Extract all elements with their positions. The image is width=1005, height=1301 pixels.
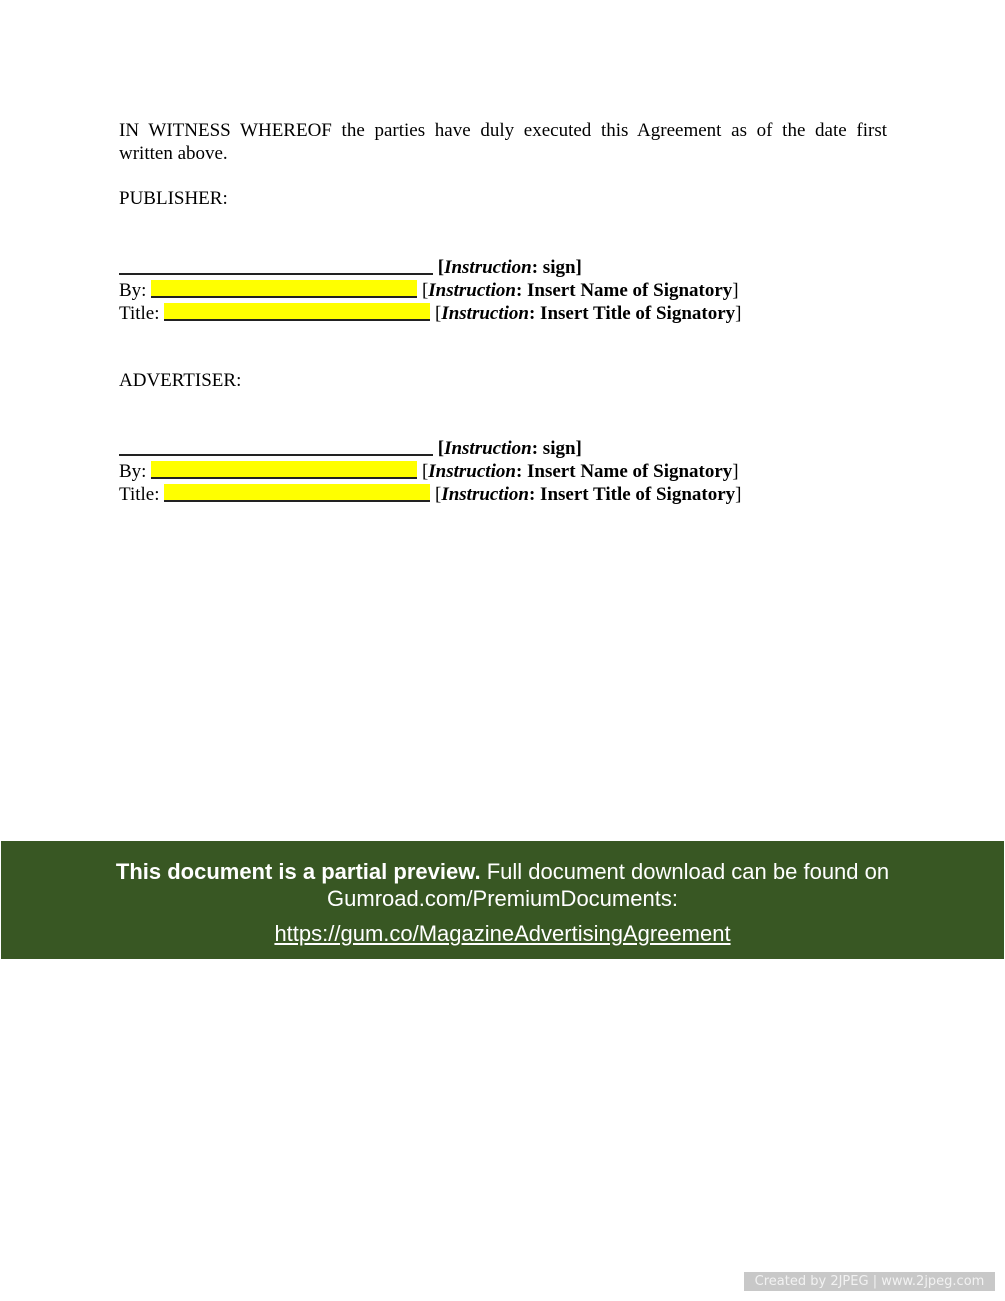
preview-banner-text-line2: Gumroad.com/PremiumDocuments: <box>327 886 678 911</box>
preview-banner-message: This document is a partial preview. Full… <box>1 858 1004 912</box>
publisher-signature-block: [Instruction: sign] By: [Instruction: In… <box>119 255 742 324</box>
publisher-by-row: By: [Instruction: Insert Name of Signato… <box>119 278 742 301</box>
publisher-by-label: By: <box>119 279 146 302</box>
publisher-title-label: Title: <box>119 302 160 325</box>
preview-banner: This document is a partial preview. Full… <box>1 841 1004 959</box>
advertiser-title-instruction: [Instruction: Insert Title of Signatory] <box>435 484 742 505</box>
download-link[interactable]: https://gum.co/MagazineAdvertisingAgreem… <box>274 921 730 946</box>
advertiser-title-label: Title: <box>119 483 160 506</box>
publisher-title-instruction: [Instruction: Insert Title of Signatory] <box>435 303 742 324</box>
advertiser-title-field[interactable] <box>164 484 430 502</box>
preview-banner-text: Full document download can be found on <box>481 859 890 884</box>
publisher-sign-row: [Instruction: sign] <box>119 255 742 278</box>
advertiser-sign-row: [Instruction: sign] <box>119 436 742 459</box>
watermark: Created by 2JPEG | www.2jpeg.com <box>744 1272 995 1291</box>
advertiser-signature-block: [Instruction: sign] By: [Instruction: In… <box>119 436 742 505</box>
preview-banner-bold: This document is a partial preview. <box>116 859 481 884</box>
document-page: IN WITNESS WHEREOF the parties have duly… <box>0 0 1005 1301</box>
advertiser-label: ADVERTISER: <box>119 369 241 392</box>
advertiser-name-field[interactable] <box>151 461 417 479</box>
preview-banner-link-row: https://gum.co/MagazineAdvertisingAgreem… <box>1 920 1004 947</box>
advertiser-by-instruction: [Instruction: Insert Name of Signatory] <box>422 461 739 482</box>
advertiser-by-row: By: [Instruction: Insert Name of Signato… <box>119 459 742 482</box>
publisher-title-field[interactable] <box>164 303 430 321</box>
witness-line-1: IN WITNESS WHEREOF the parties have duly… <box>119 119 887 142</box>
advertiser-title-row: Title: [Instruction: Insert Title of Sig… <box>119 482 742 505</box>
publisher-title-row: Title: [Instruction: Insert Title of Sig… <box>119 301 742 324</box>
publisher-sign-instruction: [Instruction: sign] <box>438 257 582 278</box>
advertiser-signature-line[interactable] <box>119 438 433 456</box>
witness-paragraph: IN WITNESS WHEREOF the parties have duly… <box>119 119 887 165</box>
publisher-label: PUBLISHER: <box>119 187 228 210</box>
publisher-by-instruction: [Instruction: Insert Name of Signatory] <box>422 280 739 301</box>
advertiser-sign-instruction: [Instruction: sign] <box>438 438 582 459</box>
witness-line-2: written above. <box>119 143 228 164</box>
publisher-name-field[interactable] <box>151 280 417 298</box>
advertiser-by-label: By: <box>119 460 146 483</box>
publisher-signature-line[interactable] <box>119 257 433 275</box>
